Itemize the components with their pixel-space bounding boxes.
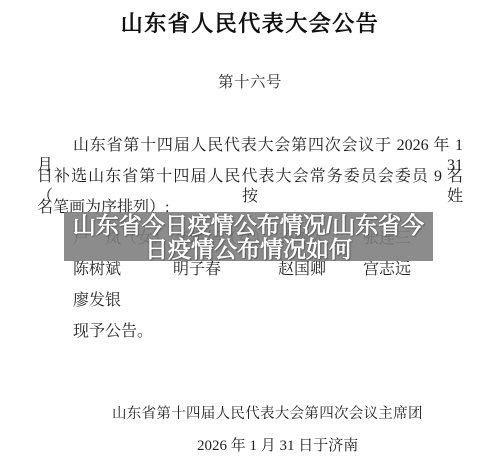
caption-overlay: 山东省今日疫情公布情况/山东省今 日疫情公布情况如何: [64, 212, 433, 261]
date-place-line: 2026 年 1 月 31 日于济南: [197, 437, 358, 456]
caption-text-line-2: 日疫情公布情况如何: [145, 237, 352, 261]
signature-line: 山东省第十四届人民代表大会第四次会议主席团: [112, 405, 423, 424]
name-cell: 明子春: [173, 260, 221, 280]
document-number: 第十六号: [0, 73, 500, 93]
name-cell: 陈树斌: [73, 260, 121, 280]
document-title: 山东省人民代表大会公告: [0, 11, 500, 37]
name-cell: 宫志远: [363, 260, 411, 280]
announcement-document: 山东省人民代表大会公告 第十六号 山东省第十四届人民代表大会第四次会议于 202…: [0, 0, 500, 476]
name-cell: 廖发银: [73, 291, 121, 311]
name-cell: 赵国卿: [278, 260, 326, 280]
closing-text: 现予公告。: [73, 322, 153, 342]
caption-text-line-1: 山东省今日疫情公布情况/山东省今: [73, 213, 424, 237]
